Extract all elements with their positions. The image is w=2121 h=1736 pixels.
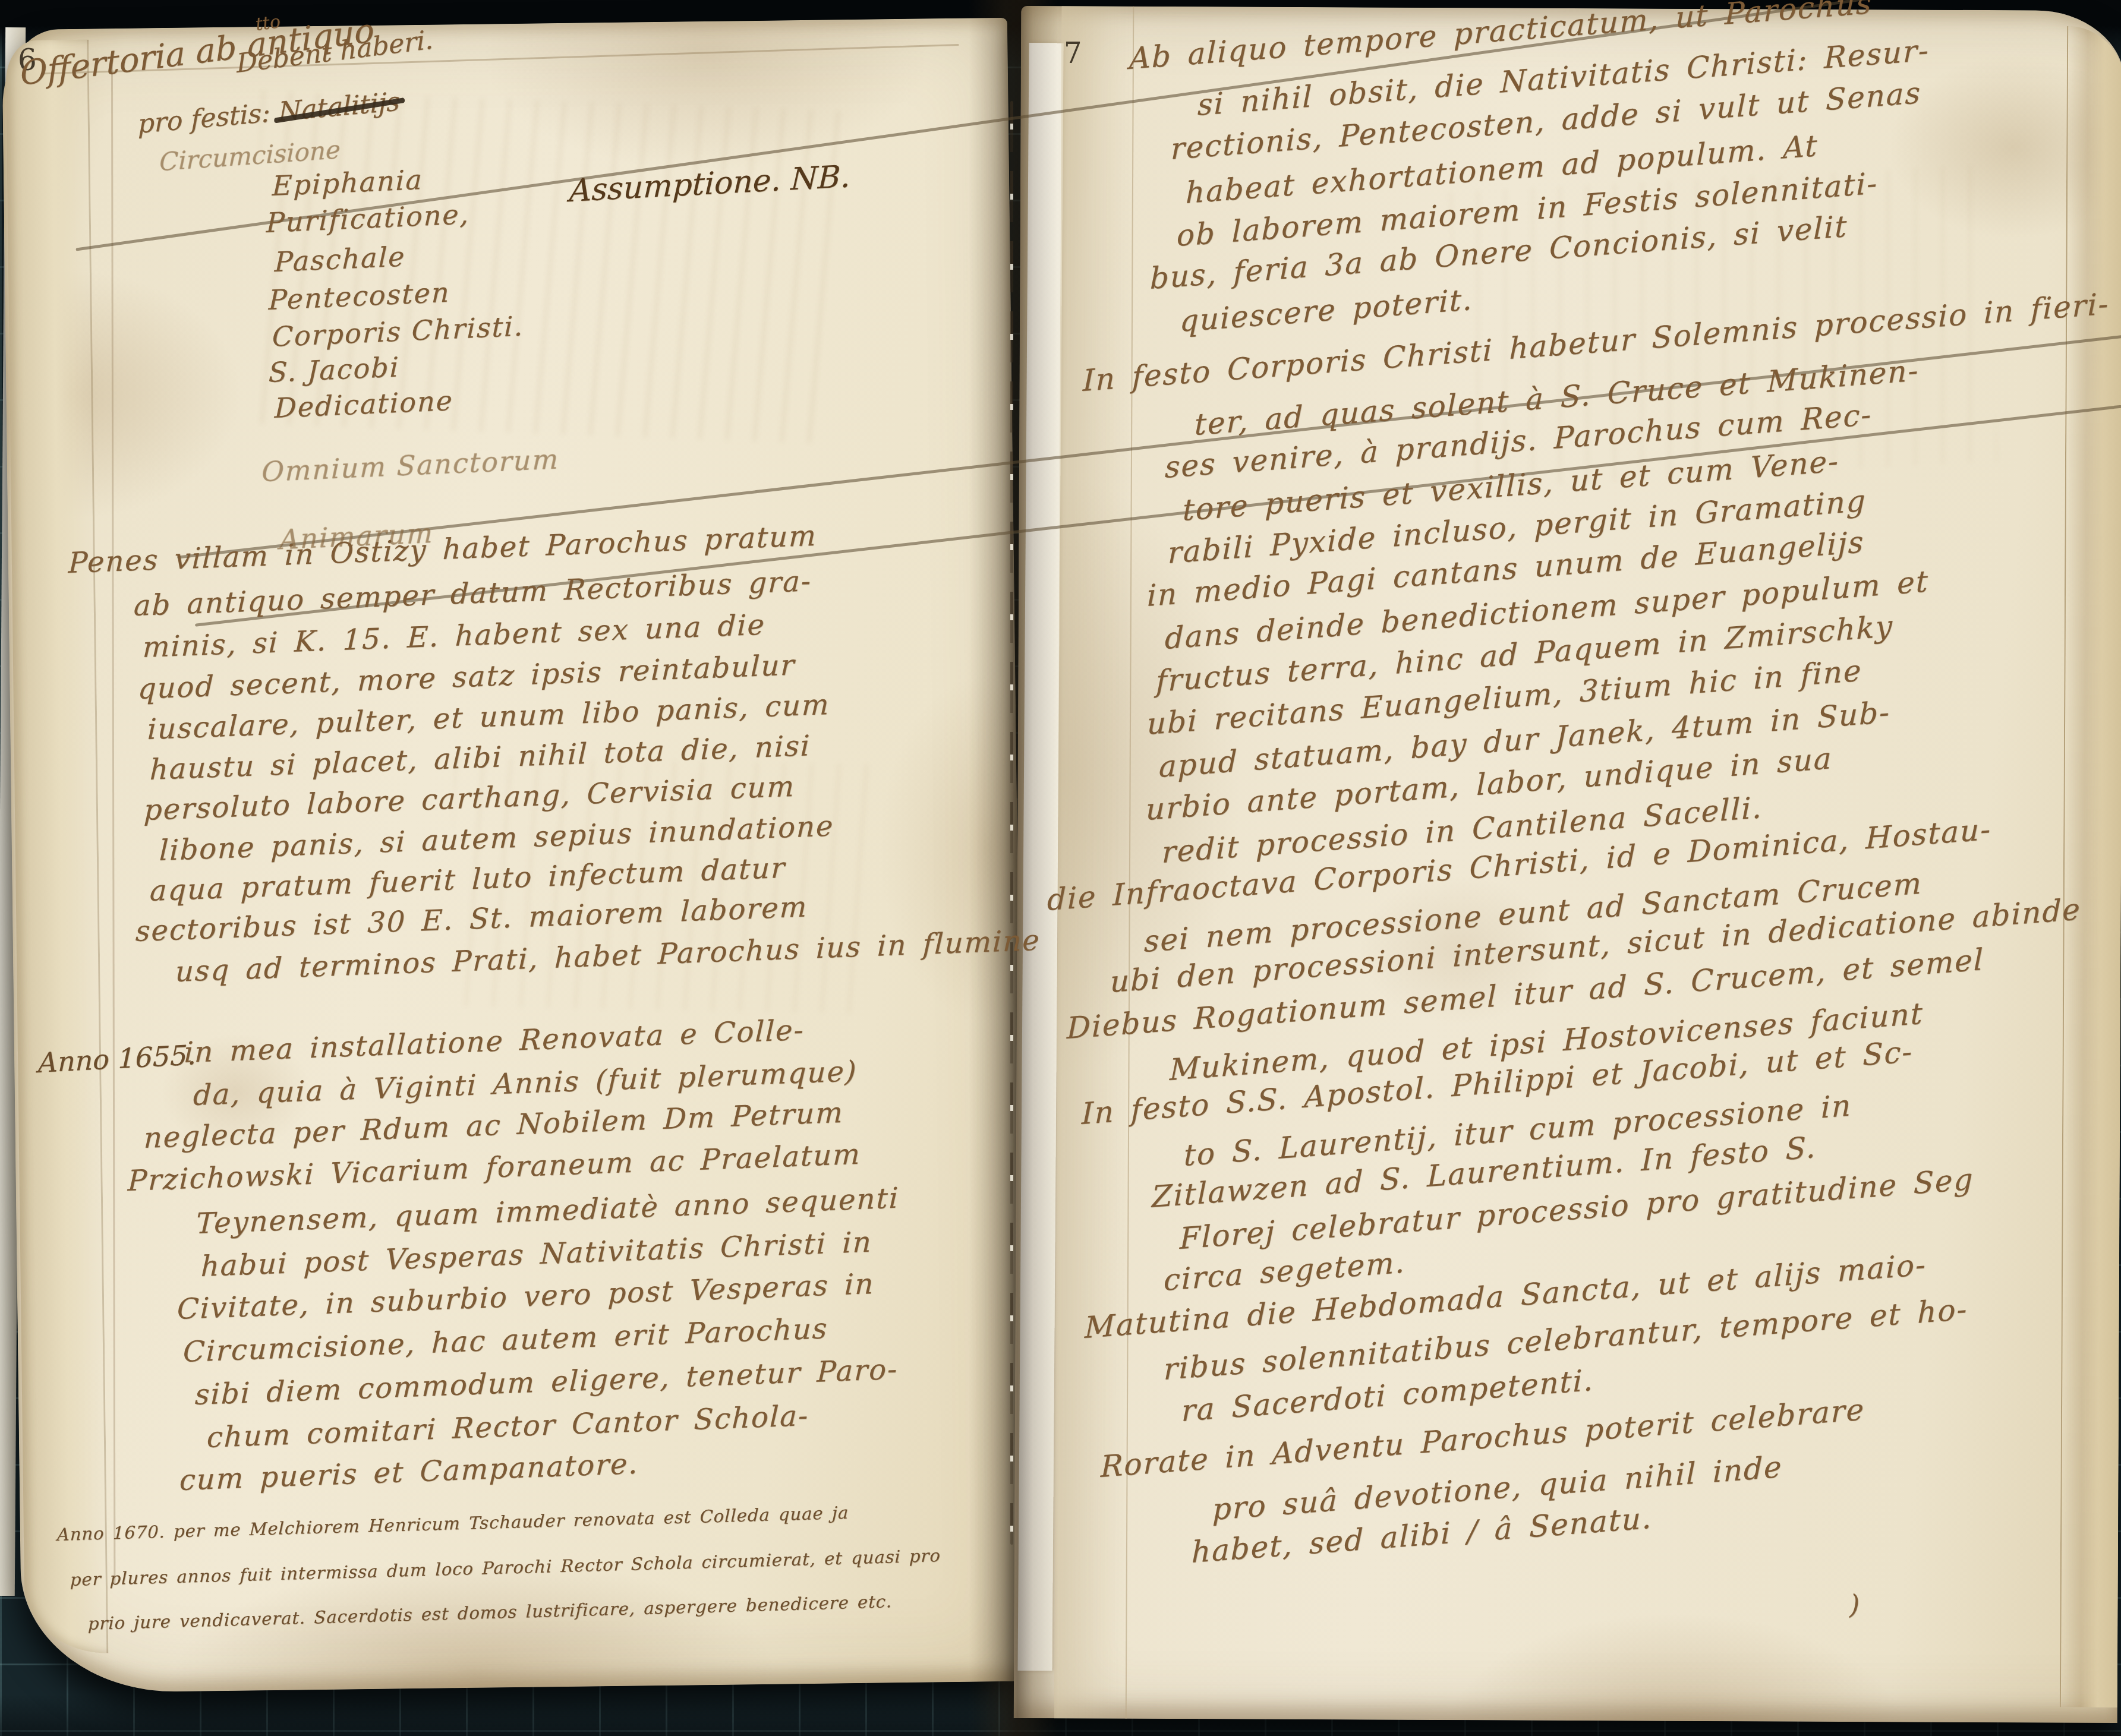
manuscript-photo: { "colors": { "ink_main": "#7d5b36", "in… bbox=[0, 0, 2121, 1736]
feast-item: S. Jacobi bbox=[268, 351, 400, 389]
right-page-curled-edge bbox=[2060, 26, 2121, 1707]
left-page-edge-line bbox=[111, 52, 115, 1583]
feast-item: Epiphania bbox=[272, 163, 423, 202]
book-gutter-shadow bbox=[969, 0, 1058, 1736]
stray-ink-mark: ) bbox=[1849, 1590, 1860, 1620]
feast-item: Paschale bbox=[274, 240, 406, 278]
page-number-right: 7 bbox=[1064, 37, 1082, 70]
binding-stitches bbox=[1010, 101, 1013, 1545]
left-page-fore-edge bbox=[5, 40, 108, 1655]
